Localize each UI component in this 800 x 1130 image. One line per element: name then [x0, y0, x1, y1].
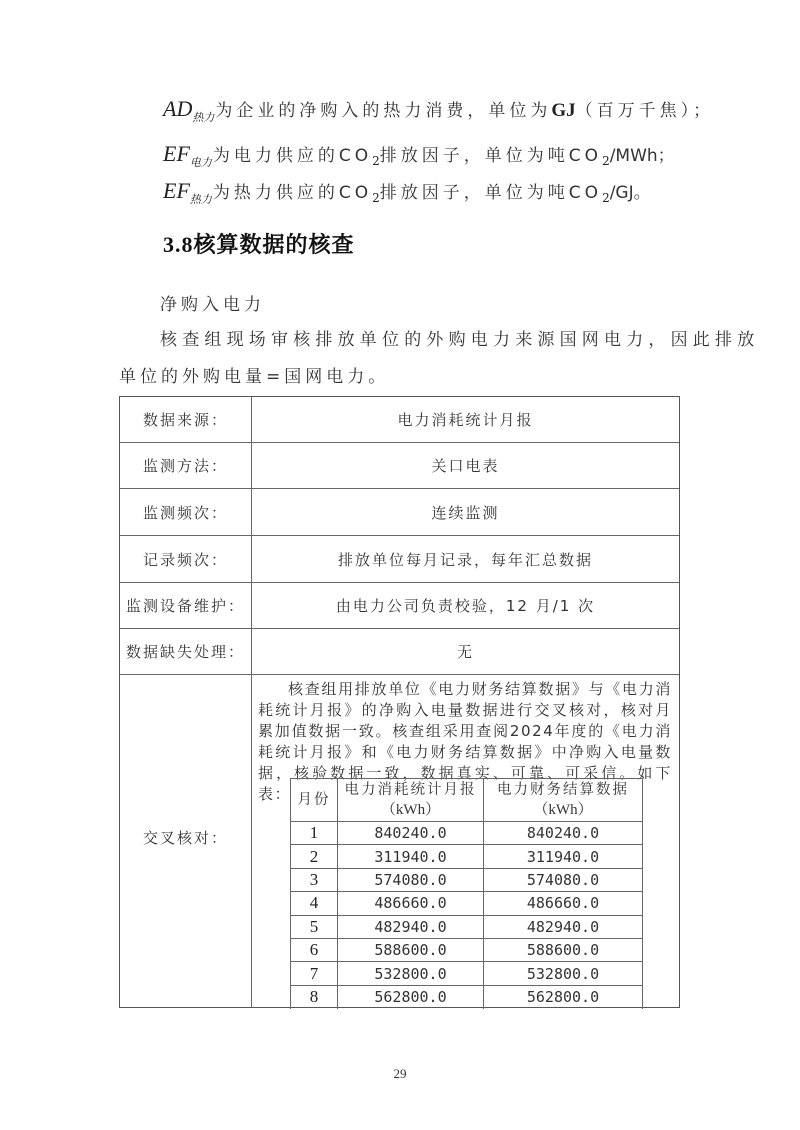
variable-symbol: EF: [163, 178, 190, 203]
header-financial-settlement: 电力财务结算数据 （kWh）: [484, 779, 642, 821]
table-row: 记录频次： 排放单位每月记录，每年汇总数据: [120, 536, 679, 583]
header-month: 月份: [291, 779, 338, 821]
page-number: 29: [0, 1066, 800, 1082]
monthly-electricity-table: 月份 电力消耗统计月报 （kWh） 电力财务结算数据 （kWh） 1 84024…: [290, 778, 643, 1009]
row-label: 监测方法：: [120, 443, 252, 488]
definition-ad-heat: AD热力为企业的净购入的热力消费，单位为GJ（百万千焦）；: [163, 96, 714, 122]
table-row: 监测设备维护： 由电力公司负责校验，12 月/1 次: [120, 583, 679, 629]
row-value: 连续监测: [252, 489, 679, 535]
table-row: 数据缺失处理： 无: [120, 629, 679, 675]
variable-symbol: AD: [163, 96, 192, 121]
table-row: 7 532800.0 532800.0: [291, 962, 642, 985]
table-header-row: 月份 电力消耗统计月报 （kWh） 电力财务结算数据 （kWh）: [291, 779, 642, 822]
row-value: 排放单位每月记录，每年汇总数据: [252, 536, 679, 582]
verification-info-table: 数据来源： 电力消耗统计月报 监测方法： 关口电表 监测频次： 连续监测 记录频…: [119, 396, 680, 1008]
row-label: 监测频次：: [120, 489, 252, 535]
table-row: 6 588600.0 588600.0: [291, 939, 642, 962]
variable-symbol: EF: [163, 141, 190, 166]
row-value: 无: [252, 629, 679, 674]
row-label: 数据来源：: [120, 397, 252, 442]
subheading: 净购入电力: [160, 290, 265, 315]
table-row: 4 486660.0 486660.0: [291, 892, 642, 915]
table-row: 监测方法： 关口电表: [120, 443, 679, 489]
variable-subscript: 热力: [190, 193, 212, 206]
paragraph-line-2: 单位的外购电量=国网电力。: [119, 362, 389, 387]
row-label: 监测设备维护：: [120, 583, 252, 628]
table-row: 1 840240.0 840240.0: [291, 822, 642, 845]
row-value: 电力消耗统计月报: [252, 397, 679, 442]
header-monthly-report: 电力消耗统计月报 （kWh）: [338, 779, 484, 821]
section-heading: 3.8核算数据的核查: [163, 228, 355, 259]
row-value: 关口电表: [252, 443, 679, 488]
row-value: 由电力公司负责校验，12 月/1 次: [252, 583, 679, 628]
table-row: 监测频次： 连续监测: [120, 489, 679, 536]
table-row: 数据来源： 电力消耗统计月报: [120, 397, 679, 443]
definition-ef-heat: EF热力为热力供应的CO2排放因子，单位为吨CO2/GJ。: [163, 178, 651, 204]
variable-subscript: 电力: [190, 156, 212, 169]
table-row: 3 574080.0 574080.0: [291, 869, 642, 892]
paragraph-line-1: 核查组现场审核排放单位的外购电力来源国网电力，因此排放: [160, 325, 759, 350]
definition-ef-electricity: EF电力为电力供应的CO2排放因子，单位为吨CO2/MWh；: [163, 141, 675, 167]
table-row: 5 482940.0 482940.0: [291, 916, 642, 939]
table-row: 8 562800.0 562800.0: [291, 986, 642, 1009]
variable-subscript: 热力: [192, 111, 214, 124]
cross-check-label: 交叉核对：: [120, 675, 252, 1007]
row-label: 记录频次：: [120, 536, 252, 582]
row-label: 数据缺失处理：: [120, 629, 252, 674]
table-row: 2 311940.0 311940.0: [291, 845, 642, 868]
